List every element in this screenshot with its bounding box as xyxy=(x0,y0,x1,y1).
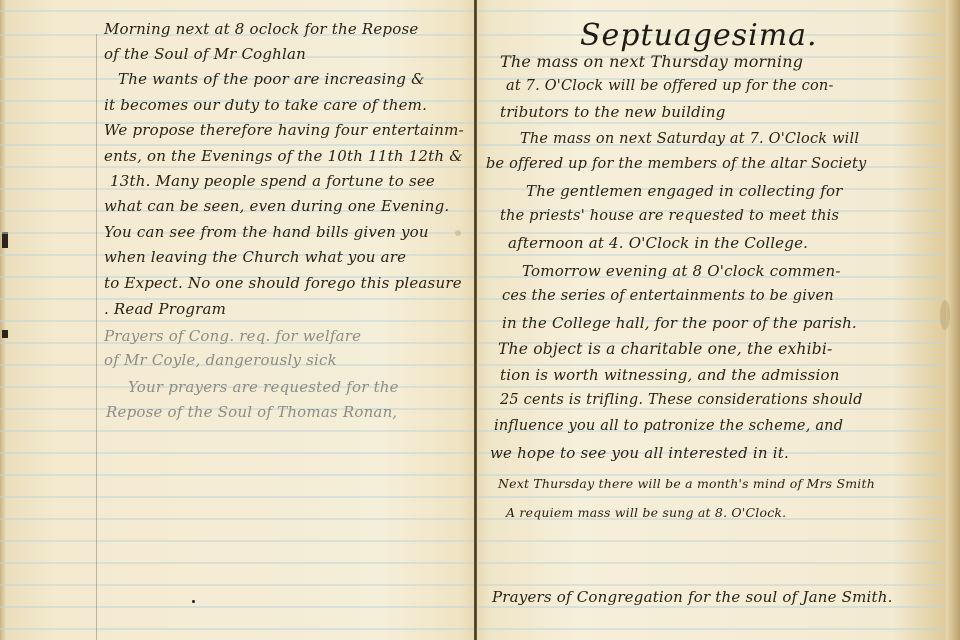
left-line: to Expect. No one should forego this ple… xyxy=(104,274,462,292)
left-line: it becomes our duty to take care of them… xyxy=(104,96,427,114)
left-line: The wants of the poor are increasing & xyxy=(118,70,425,88)
right-line: influence you all to patronize the schem… xyxy=(494,418,843,434)
right-line: The mass on next Thursday morning xyxy=(500,52,803,71)
right-line: be offered up for the members of the alt… xyxy=(486,156,866,172)
right-line: in the College hall, for the poor of the… xyxy=(502,314,857,332)
right-line: we hope to see you all interested in it. xyxy=(490,444,789,462)
paper-stain xyxy=(192,600,195,603)
left-line: We propose therefore having four enterta… xyxy=(104,121,464,139)
paper-stain xyxy=(455,230,461,236)
right-line: afternoon at 4. O'Clock in the College. xyxy=(508,234,808,252)
right-line: tributors to the new building xyxy=(500,103,726,121)
right-small-line: Next Thursday there will be a month's mi… xyxy=(498,476,875,491)
right-line: Tomorrow evening at 8 O'clock commen- xyxy=(522,262,841,280)
right-line: the priests' house are requested to meet… xyxy=(500,208,839,224)
page-title: Septuagesima. xyxy=(580,18,818,53)
left-line: of the Soul of Mr Coghlan xyxy=(104,45,306,63)
left-line: when leaving the Church what you are xyxy=(104,248,406,266)
right-line: ces the series of entertainments to be g… xyxy=(502,288,834,304)
left-faint-line: Repose of the Soul of Thomas Ronan, xyxy=(106,403,397,421)
book-gutter xyxy=(474,0,477,640)
right-line: 25 cents is trifling. These consideratio… xyxy=(500,392,863,408)
right-line: The gentlemen engaged in collecting for xyxy=(526,182,843,200)
paper-stain xyxy=(940,300,950,330)
left-faint-line: Prayers of Cong. req. for welfare xyxy=(104,327,361,345)
margin-line xyxy=(96,34,97,640)
right-line: The mass on next Saturday at 7. O'Clock … xyxy=(520,131,859,147)
left-line: what can be seen, even during one Evenin… xyxy=(104,197,449,215)
left-line: 13th. Many people spend a fortune to see xyxy=(110,172,435,190)
left-line: Morning next at 8 oclock for the Repose xyxy=(104,20,418,38)
left-line: You can see from the hand bills given yo… xyxy=(104,223,429,241)
right-small-line: A requiem mass will be sung at 8. O'Cloc… xyxy=(506,505,786,520)
right-line: at 7. O'Clock will be offered up for the… xyxy=(506,78,834,94)
left-faint-line: of Mr Coyle, dangerously sick xyxy=(104,351,337,369)
left-line: ents, on the Evenings of the 10th 11th 1… xyxy=(104,147,463,165)
left-faint-line: Your prayers are requested for the xyxy=(128,378,399,396)
left-line: . Read Program xyxy=(104,300,226,318)
right-footer-line: Prayers of Congregation for the soul of … xyxy=(492,588,893,606)
notebook-spread: Morning next at 8 oclock for the Repose … xyxy=(0,0,960,640)
right-line: The object is a charitable one, the exhi… xyxy=(498,340,832,358)
right-line: tion is worth witnessing, and the admiss… xyxy=(500,366,840,384)
